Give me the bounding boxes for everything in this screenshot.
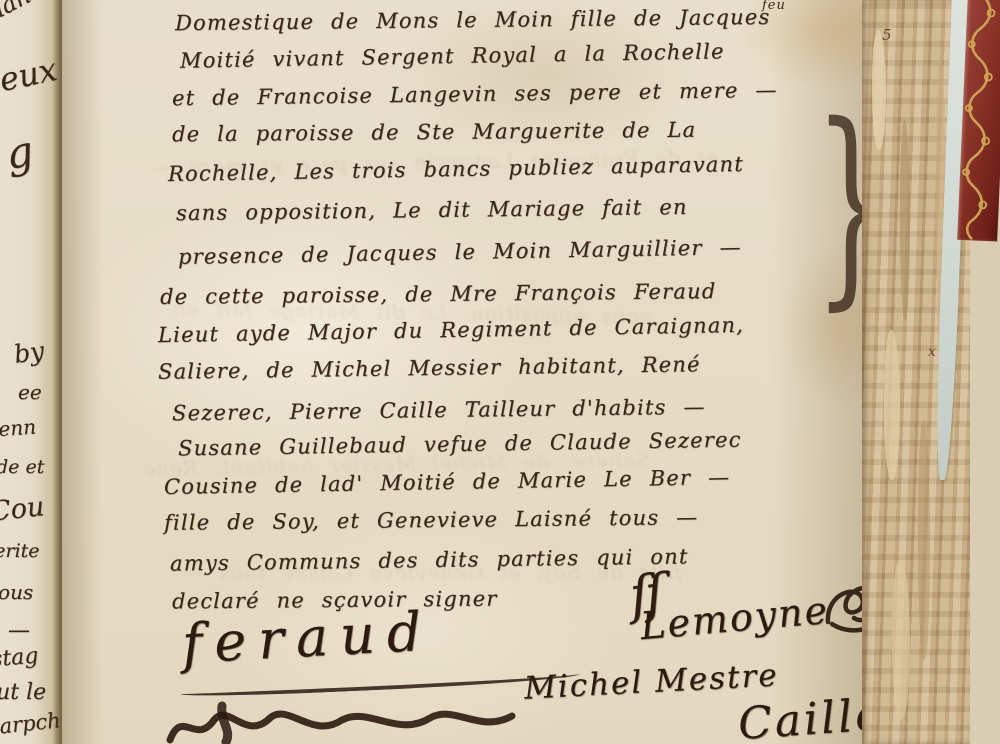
signature-feraud-underline <box>180 669 580 698</box>
signature-caille: Caillé <box>736 689 868 744</box>
facing-text-fragment: de et <box>0 456 44 478</box>
torn-paper-sliver <box>884 330 900 480</box>
manuscript-line: et de Francoise Langevin ses pere et mer… <box>172 78 778 110</box>
facing-text-fragment: but le <box>0 680 46 705</box>
superscript-feu: feu <box>762 0 786 13</box>
manuscript-line: de la paroisse de Ste Marguerite de La <box>172 118 697 147</box>
facing-text-fragment: astag <box>0 643 39 673</box>
cut-signature-strokes <box>162 700 562 744</box>
manuscript-line: sans opposition, Le dit Mariage fait en <box>176 195 688 225</box>
edge-ink-mark: x <box>928 344 936 360</box>
facing-text-fragment: g <box>2 126 37 179</box>
manuscript-line: Moitié vivant Sergent Royal a la Rochell… <box>180 39 725 73</box>
facing-text-fragment: — <box>8 618 30 643</box>
manuscript-page: et de Francoise Langevin ses pere et mer… <box>62 0 868 744</box>
torn-paper-sliver <box>900 120 910 320</box>
torn-paper-sliver <box>872 30 886 150</box>
manuscript-line: presence de Jacques le Moin Marguillier … <box>178 235 742 269</box>
manuscript-line: Domestique de Mons le Moin fille de Jacq… <box>175 5 771 35</box>
facing-text-fragment: ienn <box>0 414 37 441</box>
signature-feraud: feraud <box>181 599 435 675</box>
torn-paper-sliver <box>892 560 910 720</box>
manuscript-line: Saliere, de Michel Messier habitant, Ren… <box>158 352 701 384</box>
facing-text-fragment: Cou <box>0 491 46 528</box>
manuscript-photo: uan Beux g by ee ienn de et Cou uerite t… <box>0 0 1000 744</box>
facing-text-fragment: ee <box>18 380 42 404</box>
margin-page-number: 5 <box>882 26 892 44</box>
facing-text-fragment: tous <box>0 580 33 604</box>
facing-text-fragment: uerite <box>0 540 40 562</box>
margin-brace-flourish: } <box>814 96 868 311</box>
facing-text-fragment: uan <box>0 0 35 27</box>
manuscript-line: Susane Guillebaud vefue de Claude Sezere… <box>178 428 742 461</box>
manuscript-line: Sezerec, Pierre Caille Tailleur d'habits… <box>172 395 706 426</box>
torn-paper-sliver <box>918 420 930 660</box>
signature-lemoyne: Lemoyne <box>638 588 830 648</box>
manuscript-line: fille de Soy, et Genevieve Laisné tous — <box>164 505 699 535</box>
facing-text-fragment: by <box>12 336 46 369</box>
